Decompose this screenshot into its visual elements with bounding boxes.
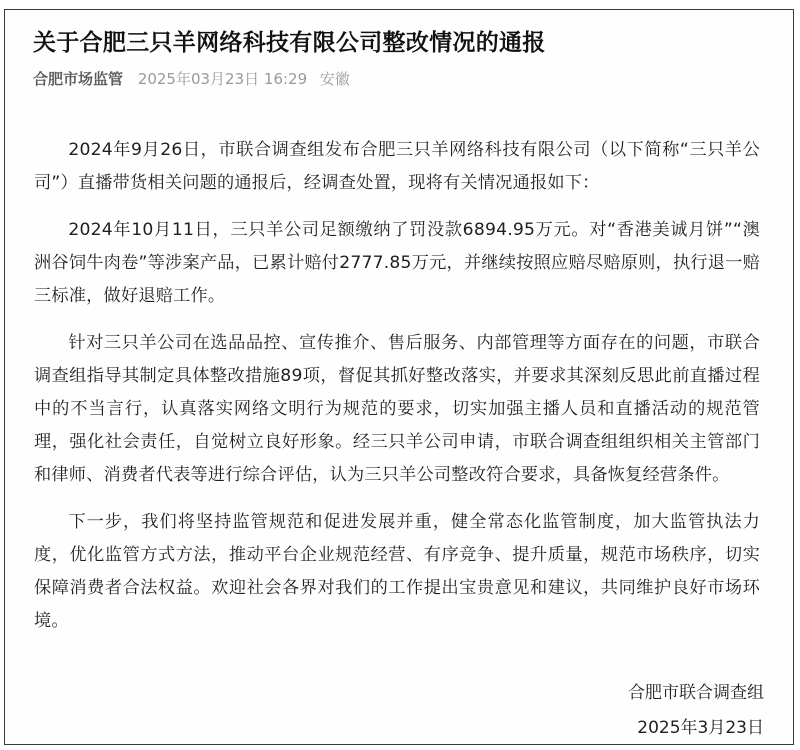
signature-organization: 合肥市联合调查组 <box>628 676 764 711</box>
article-body: 2024年9月26日，市联合调查组发布合肥三只羊网络科技有限公司（以下简称“三只… <box>34 134 760 652</box>
signature-date: 2025年3月23日 <box>628 711 764 746</box>
page-title: 关于合肥三只羊网络科技有限公司整改情况的通报 <box>33 24 546 57</box>
source-account-link[interactable]: 合肥市场监管 <box>33 70 123 88</box>
paragraph-penalty: 2024年10月11日，三只羊公司足额缴纳了罚没款6894.95万元。对“香港美… <box>34 214 760 313</box>
article-meta: 合肥市场监管 2025年03月23日 16:29 安徽 <box>33 68 350 89</box>
publish-region: 安徽 <box>320 70 350 88</box>
paragraph-rectification: 针对三只羊公司在选品品控、宣传推介、售后服务、内部管理等方面存在的问题，市联合调… <box>34 327 760 492</box>
publish-datetime: 2025年03月23日 16:29 <box>138 70 307 88</box>
paragraph-next-steps: 下一步，我们将坚持监管规范和促进发展并重，健全常态化监管制度，加大监管执法力度，… <box>34 506 760 638</box>
signature-block: 合肥市联合调查组 2025年3月23日 <box>628 676 764 746</box>
paragraph-intro: 2024年9月26日，市联合调查组发布合肥三只羊网络科技有限公司（以下简称“三只… <box>34 134 760 200</box>
